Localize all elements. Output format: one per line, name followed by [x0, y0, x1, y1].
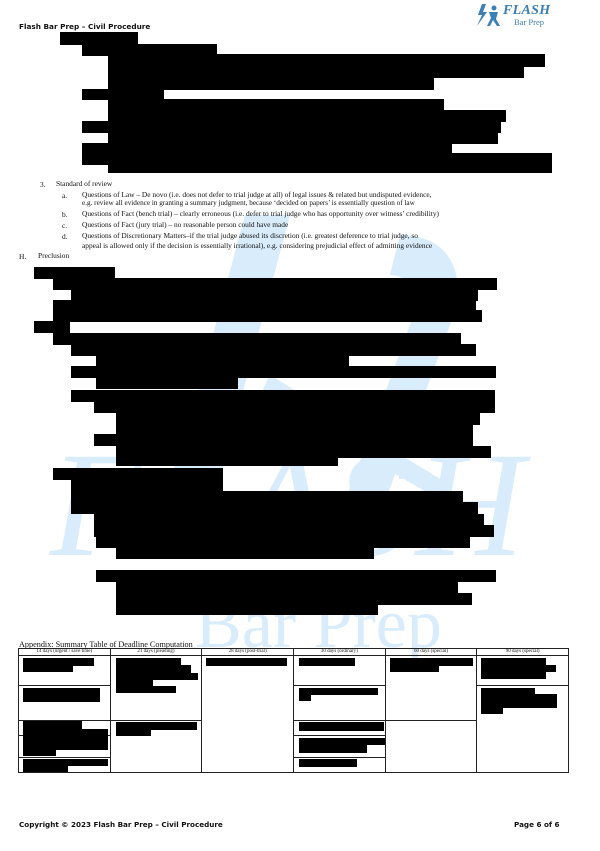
table-cell-redacted [293, 656, 385, 686]
table-cell-redacted [110, 656, 202, 721]
item-letter: a. [62, 191, 67, 200]
table-cell-redacted [293, 721, 385, 736]
item-line: Questions of Law – De novo (i.e. does no… [82, 190, 432, 199]
table-cell-redacted [19, 758, 111, 773]
table-cell-redacted [19, 736, 111, 758]
column-header: 30 days (ordinary) [293, 649, 385, 656]
table-cell-redacted [293, 736, 385, 758]
column-header: 21 days (pleading) [110, 649, 202, 656]
item-line: e.g. review all evidence in granting a s… [82, 199, 415, 208]
table-cell-redacted [19, 656, 111, 686]
table-cell-redacted [19, 721, 111, 736]
table-cell-redacted [477, 656, 569, 686]
brand-logo: FLASH Bar Prep [476, 2, 566, 28]
column-header: 90 days (special) [477, 649, 569, 656]
item-letter: b. [62, 210, 68, 219]
table-cell-redacted [19, 686, 111, 721]
item-letter: c. [62, 221, 67, 230]
footer-copyright: Copyright © 2023 Flash Bar Prep – Civil … [19, 820, 223, 829]
table-cell-empty [385, 721, 477, 773]
lightning-figure-icon [476, 4, 502, 26]
table-cell-redacted [293, 686, 385, 721]
footer-page-number: Page 6 of 6 [514, 820, 560, 829]
table-cell-redacted [477, 686, 569, 773]
deadline-table: 14 days (urgent / save time) 21 days (pl… [18, 648, 569, 773]
column-header: 28 days (post-trial) [202, 649, 294, 656]
item-letter: d. [62, 232, 68, 241]
item-line: Questions of Discretionary Matters–if th… [82, 231, 418, 240]
logo-sub-text: Bar Prep [514, 17, 544, 27]
column-header: 60 days (special) [385, 649, 477, 656]
section-letter: H. [19, 252, 26, 261]
table-cell-redacted [110, 721, 202, 773]
section-heading: Preclusion [38, 251, 69, 260]
item-line: appeal is allowed only if the decision i… [82, 241, 432, 250]
section-heading: Standard of review [56, 179, 112, 188]
item-line: Questions of Fact (jury trial) – no reas… [82, 220, 288, 229]
item-line: Questions of Fact (bench trial) – clearl… [82, 209, 439, 218]
header-title: Flash Bar Prep – Civil Procedure [19, 22, 150, 31]
table-cell-redacted [385, 656, 477, 721]
column-header: 14 days (urgent / save time) [19, 649, 111, 656]
item-number: 3. [40, 180, 46, 189]
table-cell-redacted [293, 758, 385, 773]
table-cell-redacted [202, 656, 294, 773]
